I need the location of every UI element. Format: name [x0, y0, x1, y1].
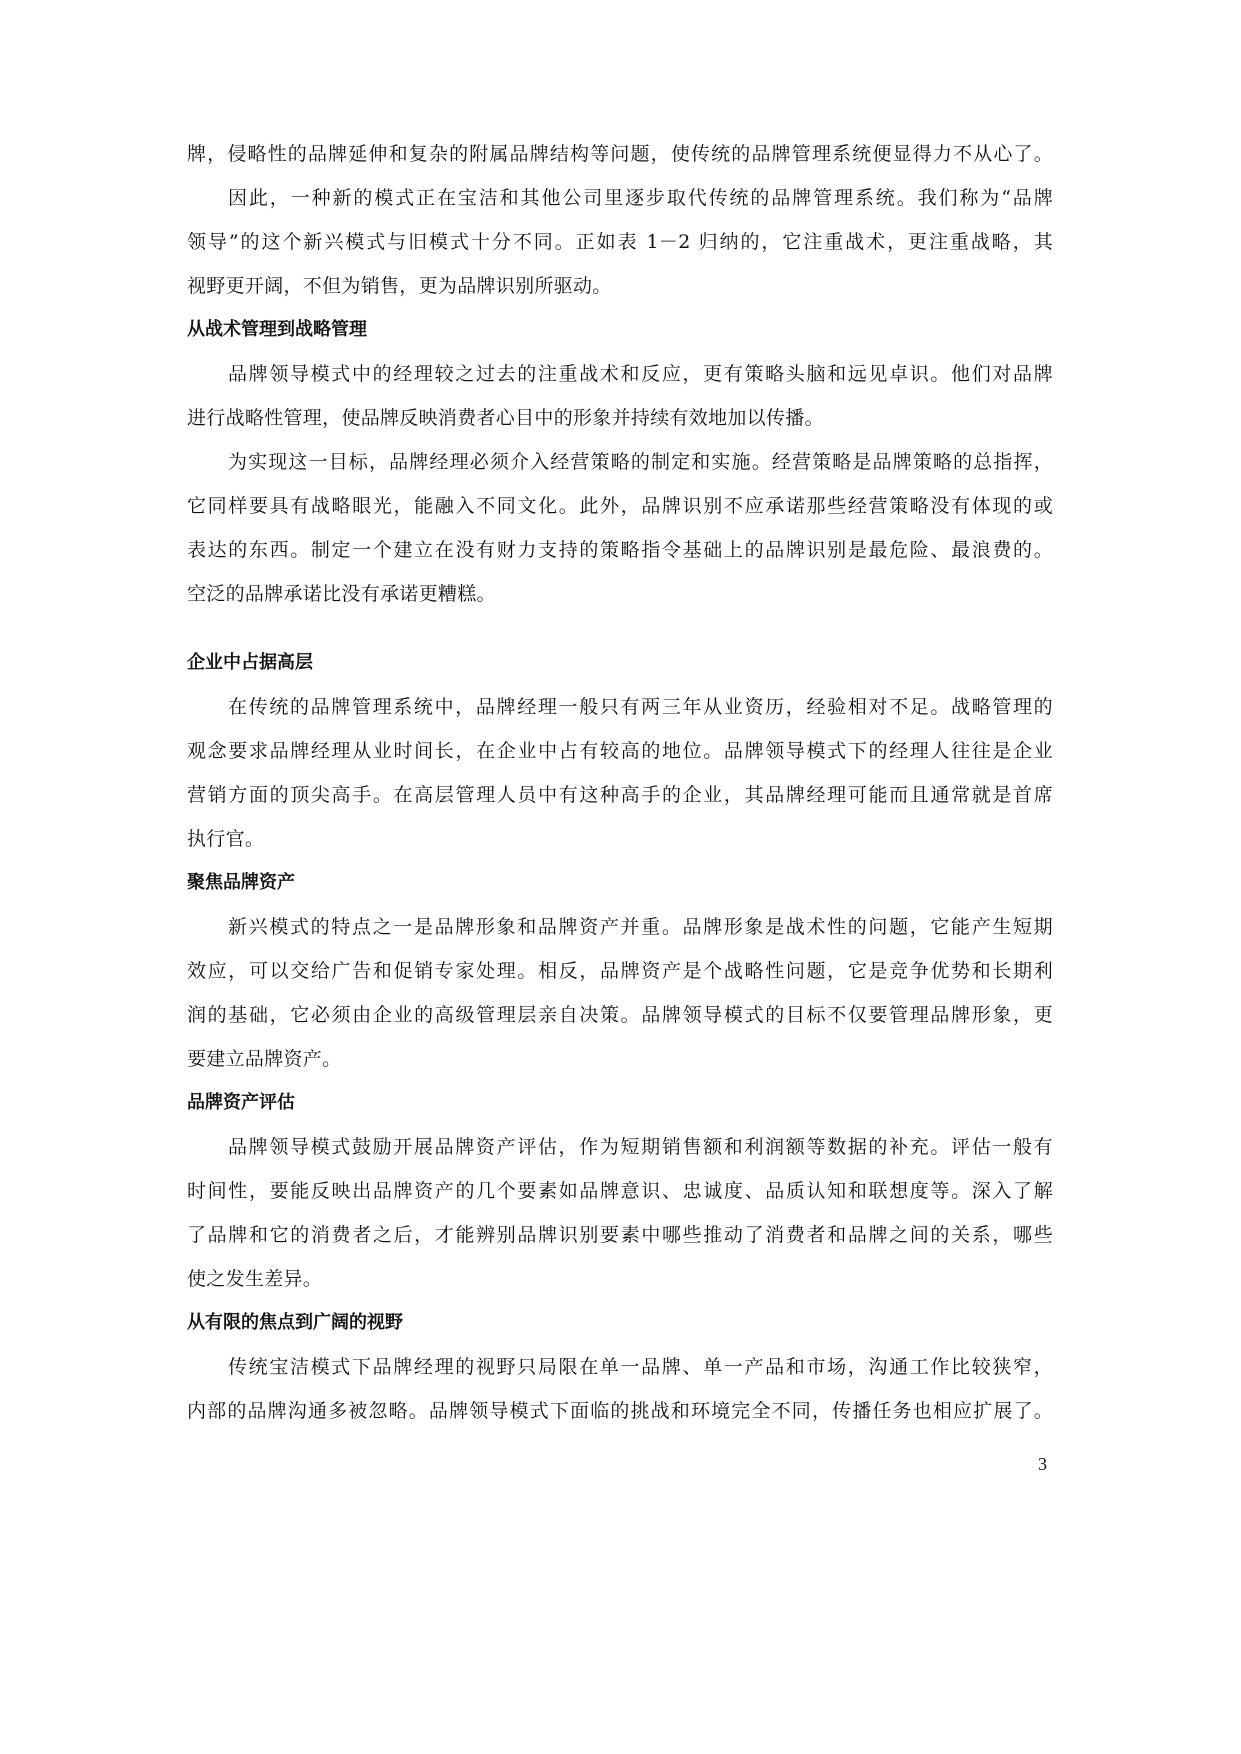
paragraph-line: 在传统的品牌管理系统中，品牌经理一般只有两三年从业资历，经验相对不足。战略管理的 — [187, 685, 1053, 729]
paragraph-line: 为实现这一目标，品牌经理必须介入经营策略的制定和实施。经营策略是品牌策略的总指挥… — [187, 440, 1053, 484]
paragraph-line: 牌，侵略性的品牌延伸和复杂的附属品牌结构等问题，使传统的品牌管理系统便显得力不从… — [187, 132, 1053, 176]
section-heading: 从有限的焦点到广阔的视野 — [187, 1301, 1053, 1345]
paragraph-line: 内部的品牌沟通多被忽略。品牌领导模式下面临的挑战和环境完全不同，传播任务也相应扩… — [187, 1389, 1053, 1433]
paragraph-line: 表达的东西。制定一个建立在没有财力支持的策略指令基础上的品牌识别是最危险、最浪费… — [187, 528, 1053, 572]
page-number: 3 — [1038, 1454, 1047, 1475]
paragraph-line: 润的基础，它必须由企业的高级管理层亲自决策。品牌领导模式的目标不仅要管理品牌形象… — [187, 993, 1053, 1037]
paragraph-line: 观念要求品牌经理从业时间长，在企业中占有较高的地位。品牌领导模式下的经理人往往是… — [187, 729, 1053, 773]
paragraph-line: 它同样要具有战略眼光，能融入不同文化。此外，品牌识别不应承诺那些经营策略没有体现… — [187, 484, 1053, 528]
paragraph-line: 领导”的这个新兴模式与旧模式十分不同。正如表 1－2 归纳的，它注重战术，更注重… — [187, 220, 1053, 264]
paragraph-line: 使之发生差异。 — [187, 1257, 1053, 1301]
paragraph-line: 了品牌和它的消费者之后，才能辨别品牌识别要素中哪些推动了消费者和品牌之间的关系，… — [187, 1213, 1053, 1257]
section-heading: 从战术管理到战略管理 — [187, 308, 1053, 352]
paragraph-line: 时间性，要能反映出品牌资产的几个要素如品牌意识、忠诚度、品质认知和联想度等。深入… — [187, 1169, 1053, 1213]
paragraph-line: 效应，可以交给广告和促销专家处理。相反，品牌资产是个战略性问题，它是竞争优势和长… — [187, 949, 1053, 993]
paragraph-line: 品牌领导模式中的经理较之过去的注重战术和反应，更有策略头脑和远见卓识。他们对品牌 — [187, 352, 1053, 396]
paragraph-line: 空泛的品牌承诺比没有承诺更糟糕。 — [187, 572, 1053, 616]
section-heading: 企业中占据高层 — [187, 641, 1053, 685]
paragraph-line: 营销方面的顶尖高手。在高层管理人员中有这种高手的企业，其品牌经理可能而且通常就是… — [187, 773, 1053, 817]
paragraph-line: 要建立品牌资产。 — [187, 1037, 1053, 1081]
section-heading: 聚焦品牌资产 — [187, 861, 1053, 905]
paragraph-line: 因此，一种新的模式正在宝洁和其他公司里逐步取代传统的品牌管理系统。我们称为“品牌 — [187, 176, 1053, 220]
paragraph-line: 新兴模式的特点之一是品牌形象和品牌资产并重。品牌形象是战术性的问题，它能产生短期 — [187, 905, 1053, 949]
paragraph-line: 执行官。 — [187, 817, 1053, 861]
paragraph-line: 传统宝洁模式下品牌经理的视野只局限在单一品牌、单一产品和市场，沟通工作比较狭窄， — [187, 1345, 1053, 1389]
paragraph-line: 品牌领导模式鼓励开展品牌资产评估，作为短期销售额和利润额等数据的补充。评估一般有 — [187, 1125, 1053, 1169]
paragraph-line: 进行战略性管理，使品牌反映消费者心目中的形象并持续有效地加以传播。 — [187, 396, 1053, 440]
paragraph-line: 视野更开阔，不但为销售，更为品牌识别所驱动。 — [187, 264, 1053, 308]
section-heading: 品牌资产评估 — [187, 1081, 1053, 1125]
